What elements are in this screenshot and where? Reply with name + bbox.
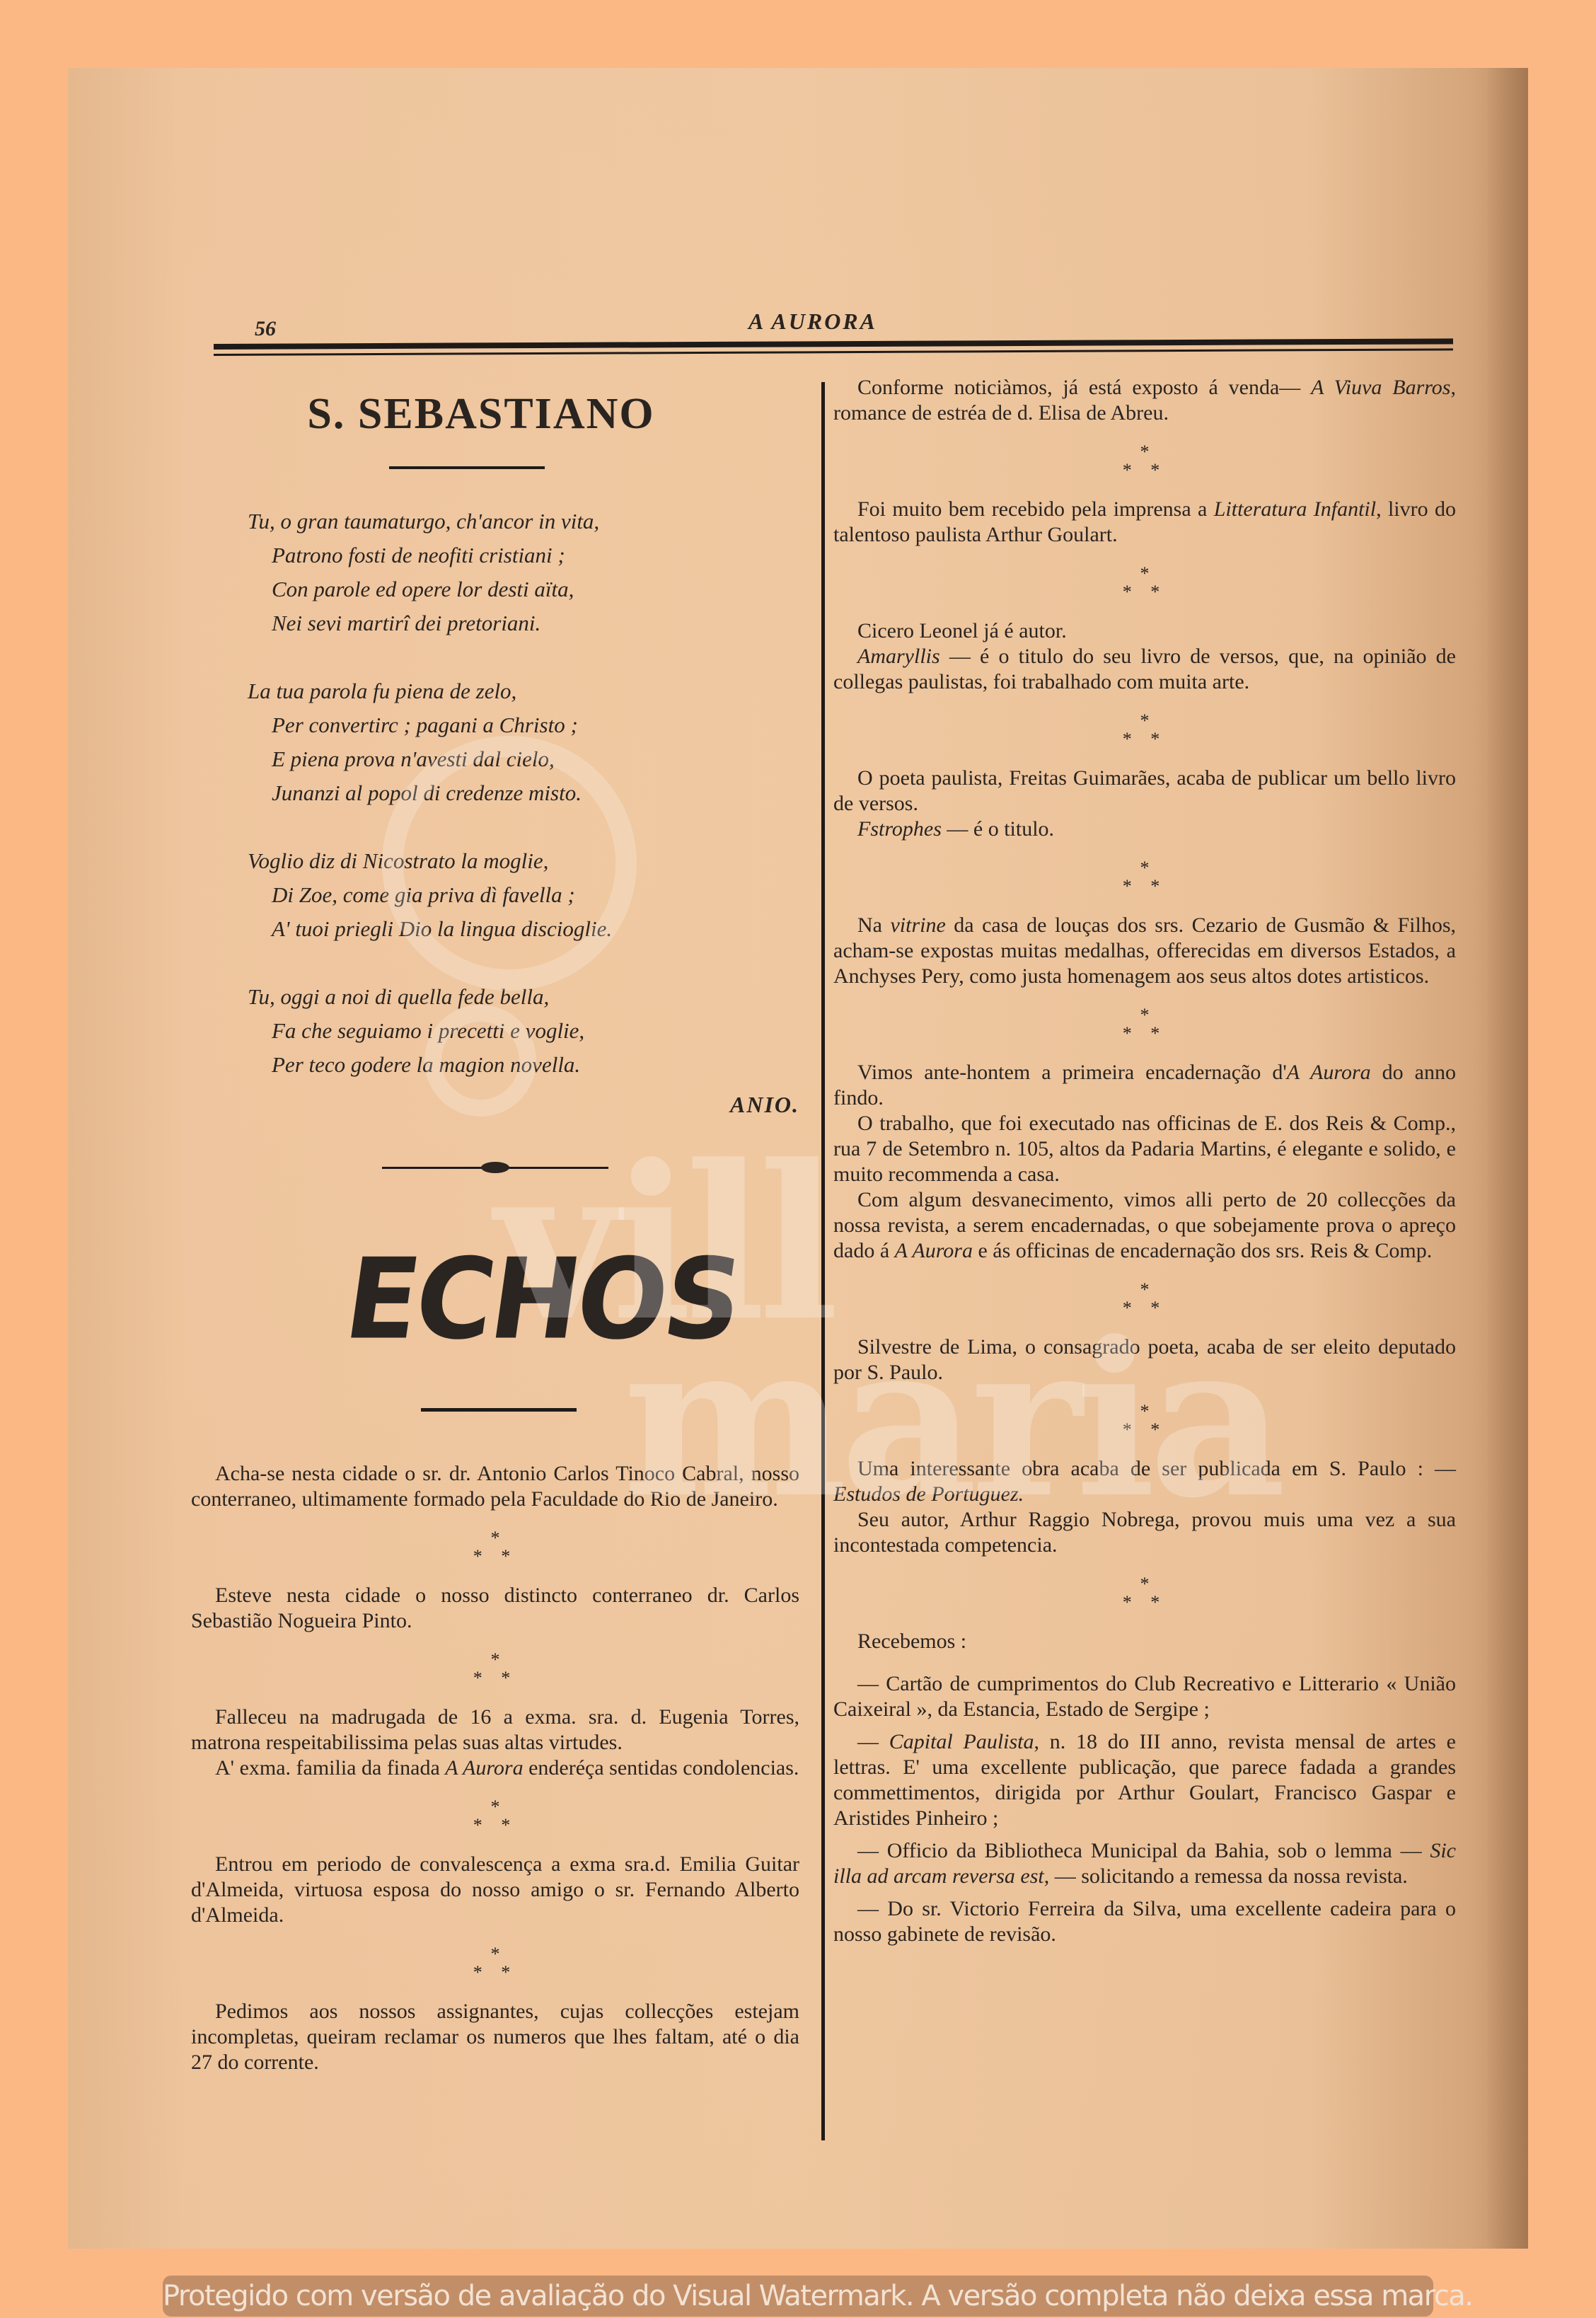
emphasis: Fstrophes xyxy=(857,817,942,841)
news-item-received: Recebemos : — Cartão de cumprimentos do … xyxy=(833,1629,1456,1947)
asterism-separator: * * * xyxy=(833,1281,1456,1317)
news-text: Fstrophes — é o titulo. xyxy=(833,817,1456,842)
page-number: 56 xyxy=(255,317,276,341)
asterism-separator: * * * xyxy=(833,565,1456,601)
news-text: Uma interessante obra acaba de ser publi… xyxy=(833,1456,1456,1507)
asterism-separator: * * * xyxy=(833,1006,1456,1043)
received-entry: — Officio da Bibliotheca Municipal da Ba… xyxy=(833,1838,1456,1889)
star-icon: * * xyxy=(191,1816,799,1835)
text-span: Uma interessante obra acaba de ser publi… xyxy=(857,1457,1456,1480)
text-span: Vimos ante-hontem a primeira encadernaçã… xyxy=(857,1061,1287,1084)
news-text: O trabalho, que foi executado nas offici… xyxy=(833,1111,1456,1187)
star-icon: * * xyxy=(833,1025,1456,1043)
news-text: O poeta paulista, Freitas Guimarães, aca… xyxy=(833,766,1456,817)
news-item: Pedimos aos nossos assignantes, cujas co… xyxy=(191,1999,799,2075)
news-text: Pedimos aos nossos assignantes, cujas co… xyxy=(191,1999,799,2075)
received-entry: — Capital Paulista, n. 18 do III anno, r… xyxy=(833,1729,1456,1831)
text-span: — Officio da Bibliotheca Municipal da Ba… xyxy=(857,1839,1430,1862)
news-text: Cicero Leonel já é autor. xyxy=(833,618,1456,644)
star-icon: * * xyxy=(833,583,1456,601)
news-text: Falleceu na madrugada de 16 a exma. sra.… xyxy=(191,1705,799,1755)
star-icon: * * xyxy=(191,1964,799,1982)
emphasis: Estudos de Portuguez. xyxy=(833,1482,1024,1506)
asterism-separator: * * * xyxy=(833,859,1456,896)
text-span: e ás officinas de encadernação dos srs. … xyxy=(973,1239,1432,1262)
star-icon: * * xyxy=(833,461,1456,480)
asterism-separator: * * * xyxy=(833,443,1456,480)
received-entry: — Do sr. Victorio Ferreira da Silva, uma… xyxy=(833,1896,1456,1947)
news-text: Acha-se nesta cidade o sr. dr. Antonio C… xyxy=(191,1461,799,1512)
news-text: Seu autor, Arthur Raggio Nobrega, provou… xyxy=(833,1507,1456,1558)
emphasis: Litteratura Infantil xyxy=(1214,497,1376,521)
title-rule xyxy=(389,466,545,469)
publication-title: A AURORA xyxy=(748,309,877,335)
star-icon: * xyxy=(191,1651,799,1669)
emphasis: A Aurora xyxy=(445,1756,523,1780)
star-icon: * * xyxy=(833,1299,1456,1317)
news-text: Entrou em periodo de convalescença a exm… xyxy=(191,1852,799,1928)
verse: Patrono fosti de neofiti cristiani ; xyxy=(248,538,799,572)
text-span: Foi muito bem recebido pela imprensa a xyxy=(857,497,1214,521)
star-icon: * xyxy=(833,1281,1456,1299)
poem-title: S. SEBASTIANO xyxy=(163,382,799,439)
section-title-text: ECHOS xyxy=(337,1235,747,1365)
text-span: , — solicitando a remessa da nossa revis… xyxy=(1044,1864,1408,1888)
star-icon: * * xyxy=(833,1421,1456,1439)
star-icon: * xyxy=(191,1798,799,1816)
asterism-separator: * * * xyxy=(833,712,1456,749)
asterism-separator: * * * xyxy=(833,1575,1456,1612)
news-item: O poeta paulista, Freitas Guimarães, aca… xyxy=(833,766,1456,842)
news-text: Vimos ante-hontem a primeira encadernaçã… xyxy=(833,1060,1456,1111)
news-text: Com algum desvanecimento, vimos alli per… xyxy=(833,1187,1456,1264)
news-text: Esteve nesta cidade o nosso distincto co… xyxy=(191,1583,799,1634)
news-item: Falleceu na madrugada de 16 a exma. sra.… xyxy=(191,1705,799,1781)
asterism-separator: * * * xyxy=(191,1945,799,1982)
emphasis: Capital Paulista xyxy=(889,1730,1034,1753)
news-item: Silvestre de Lima, o consagrado poeta, a… xyxy=(833,1334,1456,1385)
star-icon: * * xyxy=(833,730,1456,749)
star-icon: * xyxy=(191,1529,799,1547)
news-item: Foi muito bem recebido pela imprensa a L… xyxy=(833,497,1456,548)
news-item: Na vitrine da casa de louças dos srs. Ce… xyxy=(833,913,1456,989)
news-item: Cicero Leonel já é autor. Amaryllis — é … xyxy=(833,618,1456,695)
received-heading: Recebemos : xyxy=(833,1629,1456,1654)
news-text: Na vitrine da casa de louças dos srs. Ce… xyxy=(833,913,1456,989)
star-icon: * xyxy=(833,443,1456,461)
ornamental-divider xyxy=(382,1160,608,1175)
verse: Tu, o gran taumaturgo, ch'ancor in vita, xyxy=(248,504,799,538)
emphasis: Amaryllis xyxy=(857,645,940,668)
column-divider xyxy=(821,382,825,2140)
text-span: enderéça sentidas condolencias. xyxy=(524,1756,799,1780)
emphasis: A Aurora xyxy=(1287,1061,1371,1084)
star-icon: * * xyxy=(833,877,1456,896)
news-item: Vimos ante-hontem a primeira encadernaçã… xyxy=(833,1060,1456,1264)
text-span: — xyxy=(857,1730,889,1753)
text-span: Conforme noticiàmos, já está exposto á v… xyxy=(857,376,1311,399)
ornament-knot-icon xyxy=(481,1162,509,1173)
news-text: Foi muito bem recebido pela imprensa a L… xyxy=(833,497,1456,548)
verse: Con parole ed opere lor desti aïta, xyxy=(248,572,799,606)
section-title-echos: ECHOS xyxy=(347,1238,672,1366)
right-column: Conforme noticiàmos, já está exposto á v… xyxy=(833,375,1456,1947)
emphasis: vitrine xyxy=(890,913,945,937)
news-item: Uma interessante obra acaba de ser publi… xyxy=(833,1456,1456,1558)
news-item: Acha-se nesta cidade o sr. dr. Antonio C… xyxy=(191,1461,799,1512)
verse: La tua parola fu piena de zelo, xyxy=(248,674,799,708)
watermark-ring-icon xyxy=(382,736,637,991)
news-item: Esteve nesta cidade o nosso distincto co… xyxy=(191,1583,799,1634)
evaluation-watermark-banner: Protegido com versão de avaliação do Vis… xyxy=(163,2276,1433,2317)
text-span: — é o titulo. xyxy=(942,817,1054,841)
news-text: Conforme noticiàmos, já está exposto á v… xyxy=(833,375,1456,426)
news-item: Conforme noticiàmos, já está exposto á v… xyxy=(833,375,1456,426)
news-item: Entrou em periodo de convalescença a exm… xyxy=(191,1852,799,1928)
asterism-separator: * * * xyxy=(191,1798,799,1835)
star-icon: * * xyxy=(191,1669,799,1688)
poem-stanza: Tu, o gran taumaturgo, ch'ancor in vita,… xyxy=(248,504,799,640)
star-icon: * xyxy=(833,859,1456,877)
watermark-ring-icon xyxy=(424,1005,536,1117)
text-span: A' exma. familia da finada xyxy=(215,1756,445,1780)
asterism-separator: * * * xyxy=(833,1402,1456,1439)
news-text: A' exma. familia da finada A Aurora ende… xyxy=(191,1755,799,1781)
asterism-separator: * * * xyxy=(191,1529,799,1566)
star-icon: * * xyxy=(833,1593,1456,1612)
star-icon: * xyxy=(833,1006,1456,1025)
section-rule xyxy=(421,1408,577,1412)
star-icon: * xyxy=(833,1402,1456,1421)
star-icon: * * xyxy=(191,1547,799,1566)
star-icon: * xyxy=(833,712,1456,730)
verse: Nei sevi martirî dei pretoriani. xyxy=(248,606,799,640)
left-column: S. SEBASTIANO Tu, o gran taumaturgo, ch'… xyxy=(191,382,799,2075)
received-entry: — Cartão de cumprimentos do Club Recreat… xyxy=(833,1671,1456,1722)
asterism-separator: * * * xyxy=(191,1651,799,1688)
news-text: Amaryllis — é o titulo do seu livro de v… xyxy=(833,644,1456,695)
news-text: Silvestre de Lima, o consagrado poeta, a… xyxy=(833,1334,1456,1385)
emphasis: A Viuva Barros xyxy=(1311,376,1450,399)
star-icon: * xyxy=(833,565,1456,583)
emphasis: A Aurora xyxy=(895,1239,973,1262)
star-icon: * xyxy=(191,1945,799,1964)
star-icon: * xyxy=(833,1575,1456,1593)
text-span: Na xyxy=(857,913,890,937)
